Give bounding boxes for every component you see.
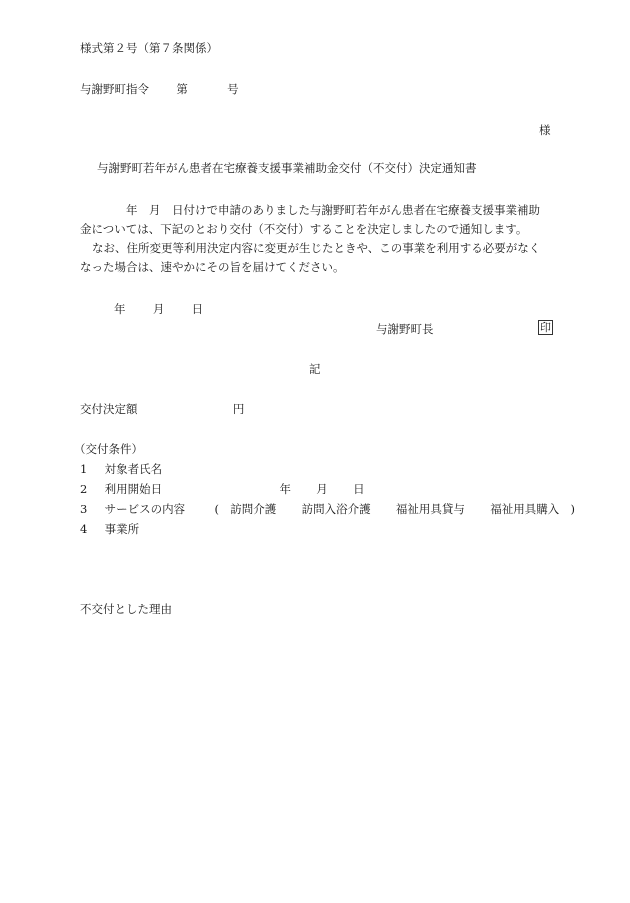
issue-date-year: 年 (114, 302, 126, 316)
directive-dai: 第 (176, 82, 188, 96)
issue-date-month: 月 (153, 302, 165, 316)
body-line-4: なった場合は、速やかにその旨を届けてください。 (80, 260, 345, 274)
service-option: 訪問介護 (230, 502, 276, 516)
body-line-2: 金については、下記のとおり交付（不交付）することを決定しましたので通知します。 (80, 222, 527, 236)
condition-item-3: 3 サービスの内容 ( 訪問介護 訪問入浴介護 福祉用具貸与 福祉用具購入 ) (80, 502, 575, 516)
condition-num: 4 (80, 522, 87, 536)
addressee-suffix: 様 (539, 123, 551, 137)
start-date-month: 月 (316, 482, 328, 496)
start-date-day: 日 (353, 482, 365, 496)
conditions-heading: （交付条件） (74, 442, 143, 456)
directive-prefix: 与謝野町指令 (80, 82, 149, 96)
amount-label: 交付決定額 (80, 402, 138, 416)
issuer-name: 与謝野町長 (376, 322, 434, 336)
ki-heading: 記 (309, 362, 321, 376)
condition-item-4: 4 事業所 (80, 522, 139, 536)
service-option: 福祉用具購入 (490, 502, 559, 516)
directive-number: 与謝野町指令 第 号 (80, 82, 239, 96)
condition-item-2: 2 利用開始日 年 月 日 (80, 482, 365, 496)
condition-item-1: 1 対象者氏名 (80, 462, 162, 476)
reason-label: 不交付とした理由 (80, 602, 172, 616)
condition-label: 事業所 (105, 522, 140, 536)
amount-row: 交付決定額 円 (80, 402, 244, 416)
condition-num: 3 (80, 502, 87, 516)
start-date-year: 年 (279, 482, 291, 496)
service-option: 訪問入浴介護 (302, 502, 371, 516)
service-close-paren: ) (571, 502, 576, 516)
issue-date: 年 月 日 (114, 302, 203, 316)
service-open-paren: ( (214, 502, 219, 516)
condition-label: 利用開始日 (105, 482, 163, 496)
body-line-1: 年 月 日付けで申請のありました与謝野町若年がん患者在宅療養支援事業補助 (126, 203, 540, 217)
condition-label: サービスの内容 (105, 502, 186, 516)
amount-unit: 円 (233, 402, 245, 416)
condition-num: 1 (80, 462, 87, 476)
condition-label: 対象者氏名 (105, 462, 163, 476)
issue-date-day: 日 (192, 302, 204, 316)
seal-mark: 印 (538, 320, 553, 335)
form-number: 様式第２号（第７条関係） (80, 41, 218, 55)
condition-num: 2 (80, 482, 87, 496)
service-option: 福祉用具貸与 (396, 502, 465, 516)
directive-go: 号 (227, 82, 239, 96)
document-title: 与謝野町若年がん患者在宅療養支援事業補助金交付（不交付）決定通知書 (97, 161, 477, 175)
seal-stamp: 印 (538, 320, 553, 335)
body-line-3: なお、住所変更等利用決定内容に変更が生じたときや、この事業を利用する必要がなく (92, 241, 540, 255)
